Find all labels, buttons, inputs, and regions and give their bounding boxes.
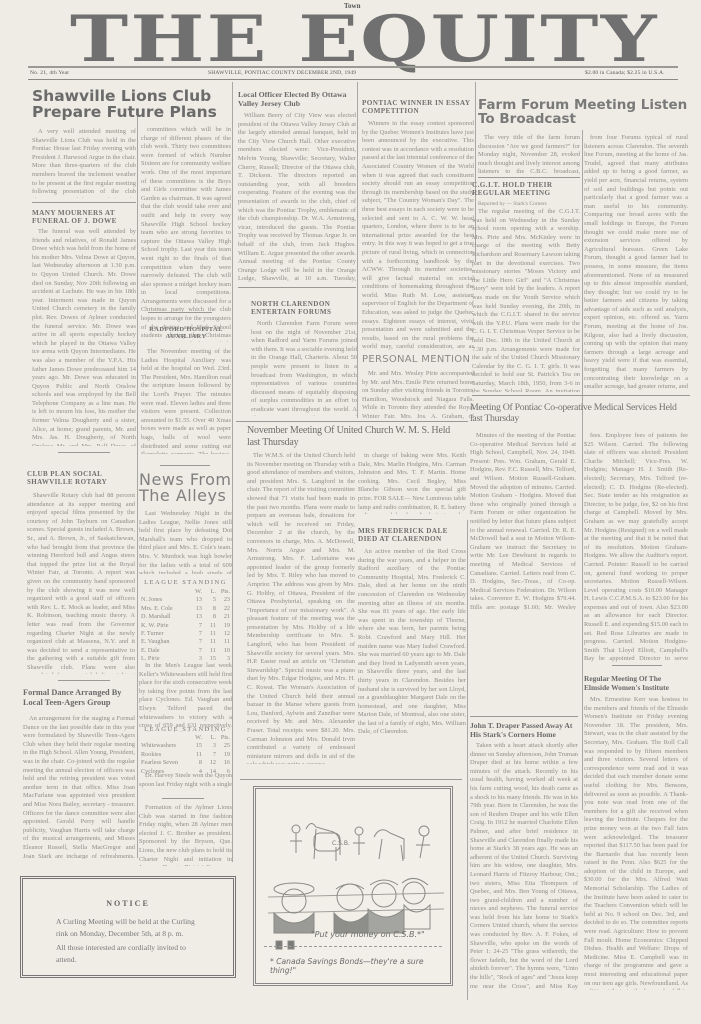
cartoon-quote: "Put your money on C.S.B.*"	[311, 930, 425, 939]
league-stat: 13	[190, 596, 204, 604]
cgit-byline: Reported by — Stark's Corners	[472, 200, 580, 208]
canada-savings-bonds-cartoon: C.S.B. "Put your money on C.S.B.*" * Can…	[253, 786, 453, 986]
league-row: Rookies11719	[139, 751, 232, 759]
article-essay: Winners in the essay contest sponsored b…	[362, 120, 474, 352]
subscription-price: $2.00 in Canada; $2.25 in U.S.A.	[585, 70, 665, 76]
article-farm-forum-col2: from four Forums typical of rural listen…	[584, 134, 688, 390]
notice-text-1: A Curling Meeting will be held at the Cu…	[56, 916, 205, 940]
league-stat: L.	[204, 588, 218, 596]
headline-draper: John T. Draper Passed Away At His Stark'…	[470, 722, 578, 739]
divider	[58, 452, 110, 453]
article-wms-col1: The W.M.S. of the United Church held its…	[247, 452, 355, 764]
divider	[238, 287, 356, 288]
article-cgit: The regular meeting of the C.G.I.T. was …	[472, 208, 580, 392]
league-standing-table-ladies: W.L.Pts.N. Jones13523Mrs. E. Cole13822D.…	[139, 588, 232, 664]
divider	[162, 798, 204, 799]
divider	[470, 716, 578, 717]
team-name: D. Marshall	[139, 613, 190, 621]
league-stat: W.	[190, 734, 204, 742]
article-mourners: The funeral was well attended by friends…	[32, 228, 136, 446]
league-stat: 11	[204, 622, 218, 630]
league-stat: 8	[204, 613, 218, 621]
divider	[148, 312, 212, 313]
league-header-row: W.L.Pts.	[139, 588, 232, 596]
notice-text-2: All those interested are cordially invit…	[56, 942, 205, 966]
article-rotary: Shawville Rotary club had 88 percent att…	[27, 492, 135, 674]
divider	[478, 177, 580, 178]
svg-text:C.S.B.: C.S.B.	[332, 840, 350, 847]
article-radford: The November meeting of the Ladies Hospi…	[141, 348, 231, 454]
article-lions-col2: committees which will be in charge of di…	[141, 126, 231, 342]
divider	[390, 519, 432, 520]
article-jersey: William Beery of City View was elected p…	[238, 112, 356, 284]
league-stat: 7	[190, 638, 204, 646]
divider	[160, 465, 210, 466]
league-stat: 7	[190, 630, 204, 638]
divider	[472, 395, 690, 396]
league-stat: 8	[190, 759, 204, 767]
column-rule	[137, 110, 138, 858]
team-name	[139, 734, 190, 742]
divider	[236, 421, 468, 422]
league-stat: 15	[190, 742, 204, 750]
masthead-rule	[28, 66, 678, 68]
divider	[32, 202, 136, 203]
masthead-title: THE EQUITY	[70, 8, 558, 72]
article-clarendon: North Clarendon Farm Forum were host on …	[251, 320, 357, 416]
team-name: N. Jones	[139, 596, 190, 604]
team-name: Whitewashers	[139, 742, 190, 750]
article-elmside: Mrs. Ermestine Kerr was hostess to the m…	[584, 696, 688, 990]
article-dale: An active member of the Red Cross during…	[358, 548, 466, 764]
league-stat: 10	[218, 647, 232, 655]
league-stat: 7	[190, 622, 204, 630]
league-header-row: W.L.Pts.	[139, 734, 232, 742]
article-draper: Taken with a heart attack shortly after …	[470, 742, 578, 990]
league-row: Mrs. E. Cole13822	[139, 605, 232, 613]
column-rule	[357, 82, 358, 418]
headline-mourners: MANY MOURNERS AT FUNERAL OF J. DOWE	[32, 209, 136, 226]
article-lions-col1: A very well attended meeting of Shawvill…	[32, 128, 136, 198]
league-stat: 3	[204, 742, 218, 750]
league-stat: 8	[204, 605, 218, 613]
article-coop-col2: fees. Employee fees of patients fee $25 …	[584, 432, 688, 662]
league-stat: 22	[218, 605, 232, 613]
league-stat: 7	[204, 751, 218, 759]
league-standing-title-ladies: LEAGUE STANDING	[139, 579, 232, 586]
cartoon-illustration-icon: C.S.B.	[256, 789, 450, 983]
cartoon-divider	[264, 946, 442, 947]
headline-cgit: C.G.I.T. HOLD THEIR REGULAR MEETING	[472, 181, 580, 198]
league-stat: 16	[218, 759, 232, 767]
team-name: Rookies	[139, 751, 190, 759]
team-name: F. Turner	[139, 630, 190, 638]
headline-wms: November Meeting Of United Church W. M. …	[247, 425, 457, 448]
headline-clarendon: NORTH CLARENDON ENTERTAIN FORUMS	[251, 300, 355, 316]
headline-farm-forum: Farm Forum Meeting Listen To Broadcast	[478, 99, 688, 126]
divider	[58, 680, 110, 681]
team-name: K. W. Pirie	[139, 622, 190, 630]
divider	[612, 665, 662, 666]
league-stat: 12	[204, 759, 218, 767]
league-row: K. W. Pirie71119	[139, 622, 232, 630]
column-rule	[467, 520, 468, 1000]
league-standing-table-mens: W.L.Pts.Whitewashers15325Rookies11719Fea…	[139, 734, 232, 776]
cartoon-caption: * Canada Savings Bonds—they're a sure th…	[270, 957, 450, 975]
league-standing-title-mens: LEAGUE STANDING	[139, 726, 232, 733]
league-stat: 11	[204, 630, 218, 638]
league-stat: 5	[204, 596, 218, 604]
headline-coop: Meeting Of Pontiac Co-operative Medical …	[470, 402, 690, 425]
league-row: Whitewashers15325	[139, 742, 232, 750]
team-name: E. Dale	[139, 647, 190, 655]
league-stat: 13	[190, 605, 204, 613]
headline-lions: Shawville Lions Club Prepare Future Plan…	[32, 89, 232, 120]
league-stat: 12	[218, 630, 232, 638]
headline-essay: PONTIAC WINNER IN ESSAY COMPETITION	[362, 99, 474, 116]
headline-alleys: News From The Alleys	[139, 472, 233, 504]
league-row: Fearless Seven81216	[139, 759, 232, 767]
team-name: E. Vaughan	[139, 638, 190, 646]
curling-notice-box: NOTICE A Curling Meeting will be held at…	[20, 876, 236, 978]
team-name: Fearless Seven	[139, 759, 190, 767]
team-name	[139, 588, 190, 596]
dateline-rule	[28, 79, 678, 80]
article-coop-col1: Minutes of the meeting of the Pontiac Co…	[470, 432, 576, 610]
league-stat: Pts.	[218, 734, 232, 742]
headline-elmside: Regular Meeting Of The Elmside Women's I…	[584, 675, 688, 692]
article-alleys-outro: Dr. Harvey Steele won the Quyon spoon la…	[139, 772, 232, 790]
league-row: E. Vaughan71111	[139, 638, 232, 646]
league-stat: 25	[218, 742, 232, 750]
league-stat: 11	[218, 638, 232, 646]
league-row: N. Jones13523	[139, 596, 232, 604]
headline-personal: PERSONAL MENTION	[362, 354, 474, 365]
league-stat: Pts.	[218, 588, 232, 596]
headline-dance: Formal Dance Arranged By Local Teen-Ager…	[23, 688, 135, 707]
league-stat: 23	[218, 596, 232, 604]
league-stat: 19	[218, 751, 232, 759]
headline-jersey: Local Officer Elected By Ottawa Valley J…	[238, 91, 354, 109]
divider	[240, 779, 462, 780]
league-row: F. Turner71112	[139, 630, 232, 638]
league-stat: W.	[190, 588, 204, 596]
article-alleys-mens: In the Men's League last week Keller's W…	[139, 662, 232, 732]
league-row: E. Dale71110	[139, 647, 232, 655]
league-stat: 21	[218, 613, 232, 621]
dateline: SHAWVILLE, PONTIAC COUNTY DECEMBER 2ND, …	[208, 70, 356, 76]
article-aylmer-lions: Formation of the Aylmer Lions Club was s…	[139, 804, 232, 866]
article-wms-col2: in charge of baking were Mrs. Keith Dale…	[358, 452, 466, 514]
issue-number: No. 21, 4th Year	[30, 70, 69, 76]
article-personal: Mr. and Mrs. Wesley Pirie accompanied by…	[362, 370, 474, 420]
league-stat: 19	[218, 622, 232, 630]
headline-radford: RADFORD HOSPITAL AUXILIARY	[141, 326, 231, 341]
league-stat: 11	[204, 638, 218, 646]
article-farm-forum-col1: The very title of the farm forum discuss…	[478, 134, 580, 174]
team-name: Mrs. E. Cole	[139, 605, 190, 613]
league-stat: 7	[190, 647, 204, 655]
column-rule	[582, 130, 583, 810]
article-dance: An arrangement for the staging a Formal …	[23, 715, 135, 859]
league-row: D. Marshall13821	[139, 613, 232, 621]
league-stat: 13	[190, 613, 204, 621]
league-stat: 11	[204, 647, 218, 655]
newspaper-page: Town THE EQUITY No. 21, 4th Year SHAWVIL…	[0, 0, 701, 1024]
league-stat: 11	[190, 751, 204, 759]
headline-rotary: CLUB PLAN SOCIAL SHAWVILLE ROTARY	[27, 470, 135, 486]
article-alleys-intro: Last Wednesday Night in the Ladies Leagu…	[139, 510, 232, 574]
league-stat: L.	[204, 734, 218, 742]
headline-dale: MRS FREDERICK DALE DIED AT CLARENDON	[358, 527, 466, 544]
notice-title: NOTICE	[23, 899, 233, 908]
